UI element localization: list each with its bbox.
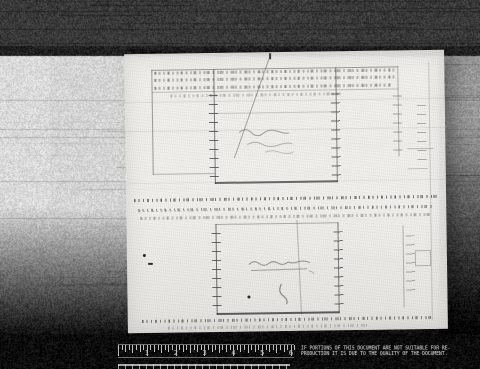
ruler-number: 4 bbox=[231, 349, 235, 357]
ruler-tick bbox=[190, 345, 191, 353]
fold-line bbox=[428, 62, 433, 320]
ruler-tick bbox=[150, 345, 151, 350]
ruler-tick bbox=[284, 345, 285, 352]
ruler-tick bbox=[183, 345, 184, 352]
ruler-tick bbox=[244, 345, 245, 350]
ruler-tick bbox=[273, 345, 274, 350]
ruler-tick bbox=[122, 345, 123, 350]
ruler-tick bbox=[294, 345, 295, 350]
notice-line-2: PRODUCTION IT IS DUE TO THE QUALITY OF T… bbox=[301, 351, 450, 356]
ruler-number: 6 bbox=[289, 349, 293, 357]
ruler-tick bbox=[266, 345, 267, 350]
ruler: 123456 bbox=[118, 344, 294, 358]
illegible-typed-row bbox=[140, 213, 430, 220]
ruler-tick bbox=[118, 345, 119, 356]
ruler-tick bbox=[248, 345, 249, 353]
row-tick-marks bbox=[331, 93, 341, 178]
ruler-tick bbox=[276, 345, 277, 353]
table-grid-line bbox=[215, 180, 338, 184]
microfilm-scan-frame: 123456 IF PORTIONS OF THIS DOCUMENT ARE … bbox=[0, 0, 480, 369]
illegible-typed-row bbox=[134, 195, 438, 202]
row-tick-marks bbox=[209, 95, 219, 180]
ruler-tick bbox=[219, 345, 220, 353]
ruler-number: 1 bbox=[145, 349, 149, 357]
ruler-tick bbox=[251, 345, 252, 350]
ruler-edge-line bbox=[118, 344, 294, 345]
ruler-tick bbox=[165, 345, 166, 350]
ruler-tick bbox=[280, 345, 281, 350]
table-grid-line bbox=[151, 70, 153, 175]
second-ruler-edge bbox=[118, 364, 290, 369]
ruler-tick bbox=[240, 345, 241, 352]
table-grid-line bbox=[215, 222, 338, 225]
handwritten-annotation bbox=[243, 256, 319, 277]
ruler-tick bbox=[215, 345, 216, 350]
ruler-tick bbox=[212, 345, 213, 352]
ink-speck bbox=[247, 296, 250, 299]
ruler-tick bbox=[222, 345, 223, 350]
ruler-tick bbox=[161, 345, 162, 353]
ruler-number: 3 bbox=[202, 349, 206, 357]
ruler-tick bbox=[158, 345, 159, 350]
ruler-tick bbox=[125, 345, 126, 352]
row-tick-marks bbox=[406, 235, 416, 295]
ruler-tick bbox=[168, 345, 169, 352]
ruler-tick bbox=[197, 345, 198, 352]
ruler-tick bbox=[208, 345, 209, 350]
ink-speck bbox=[269, 53, 271, 59]
ink-speck bbox=[143, 254, 146, 257]
ruler-tick bbox=[154, 345, 155, 352]
ruler-tick bbox=[226, 345, 227, 352]
ruler-tick bbox=[237, 345, 238, 350]
illegible-typed-row bbox=[154, 75, 394, 81]
illegible-scribble bbox=[273, 280, 303, 306]
ruler-number: 5 bbox=[260, 349, 264, 357]
ruler-number: 2 bbox=[174, 349, 178, 357]
margin-box bbox=[415, 250, 431, 266]
illegible-typed-row bbox=[138, 205, 434, 212]
table-grid-line bbox=[214, 111, 336, 114]
ruler-tick bbox=[179, 345, 180, 350]
ruler-tick bbox=[136, 345, 137, 350]
table-grid-line bbox=[217, 311, 340, 315]
ruler-tick bbox=[132, 345, 133, 353]
ruler-tick bbox=[140, 345, 141, 352]
margin-mark bbox=[408, 168, 428, 169]
illegible-scribble bbox=[235, 122, 315, 157]
ruler-tick bbox=[129, 345, 130, 350]
row-tick-marks bbox=[334, 231, 344, 311]
ink-speck bbox=[148, 263, 153, 265]
ruler-tick bbox=[255, 345, 256, 352]
illegible-typed-row bbox=[168, 324, 368, 330]
row-tick-marks bbox=[212, 233, 222, 313]
ruler-tick bbox=[186, 345, 187, 350]
reproduction-notice: IF PORTIONS OF THIS DOCUMENT ARE NOT SUI… bbox=[301, 346, 450, 357]
row-tick-marks bbox=[417, 105, 427, 160]
row-tick-marks bbox=[393, 95, 403, 153]
table-grid-line bbox=[402, 225, 404, 307]
table-grid-line bbox=[153, 173, 215, 175]
ruler-baseline bbox=[118, 357, 294, 358]
scanned-document-sheet bbox=[124, 50, 448, 333]
ruler-tick bbox=[269, 345, 270, 352]
illegible-typed-row bbox=[142, 316, 432, 323]
ruler-tick bbox=[194, 345, 195, 350]
